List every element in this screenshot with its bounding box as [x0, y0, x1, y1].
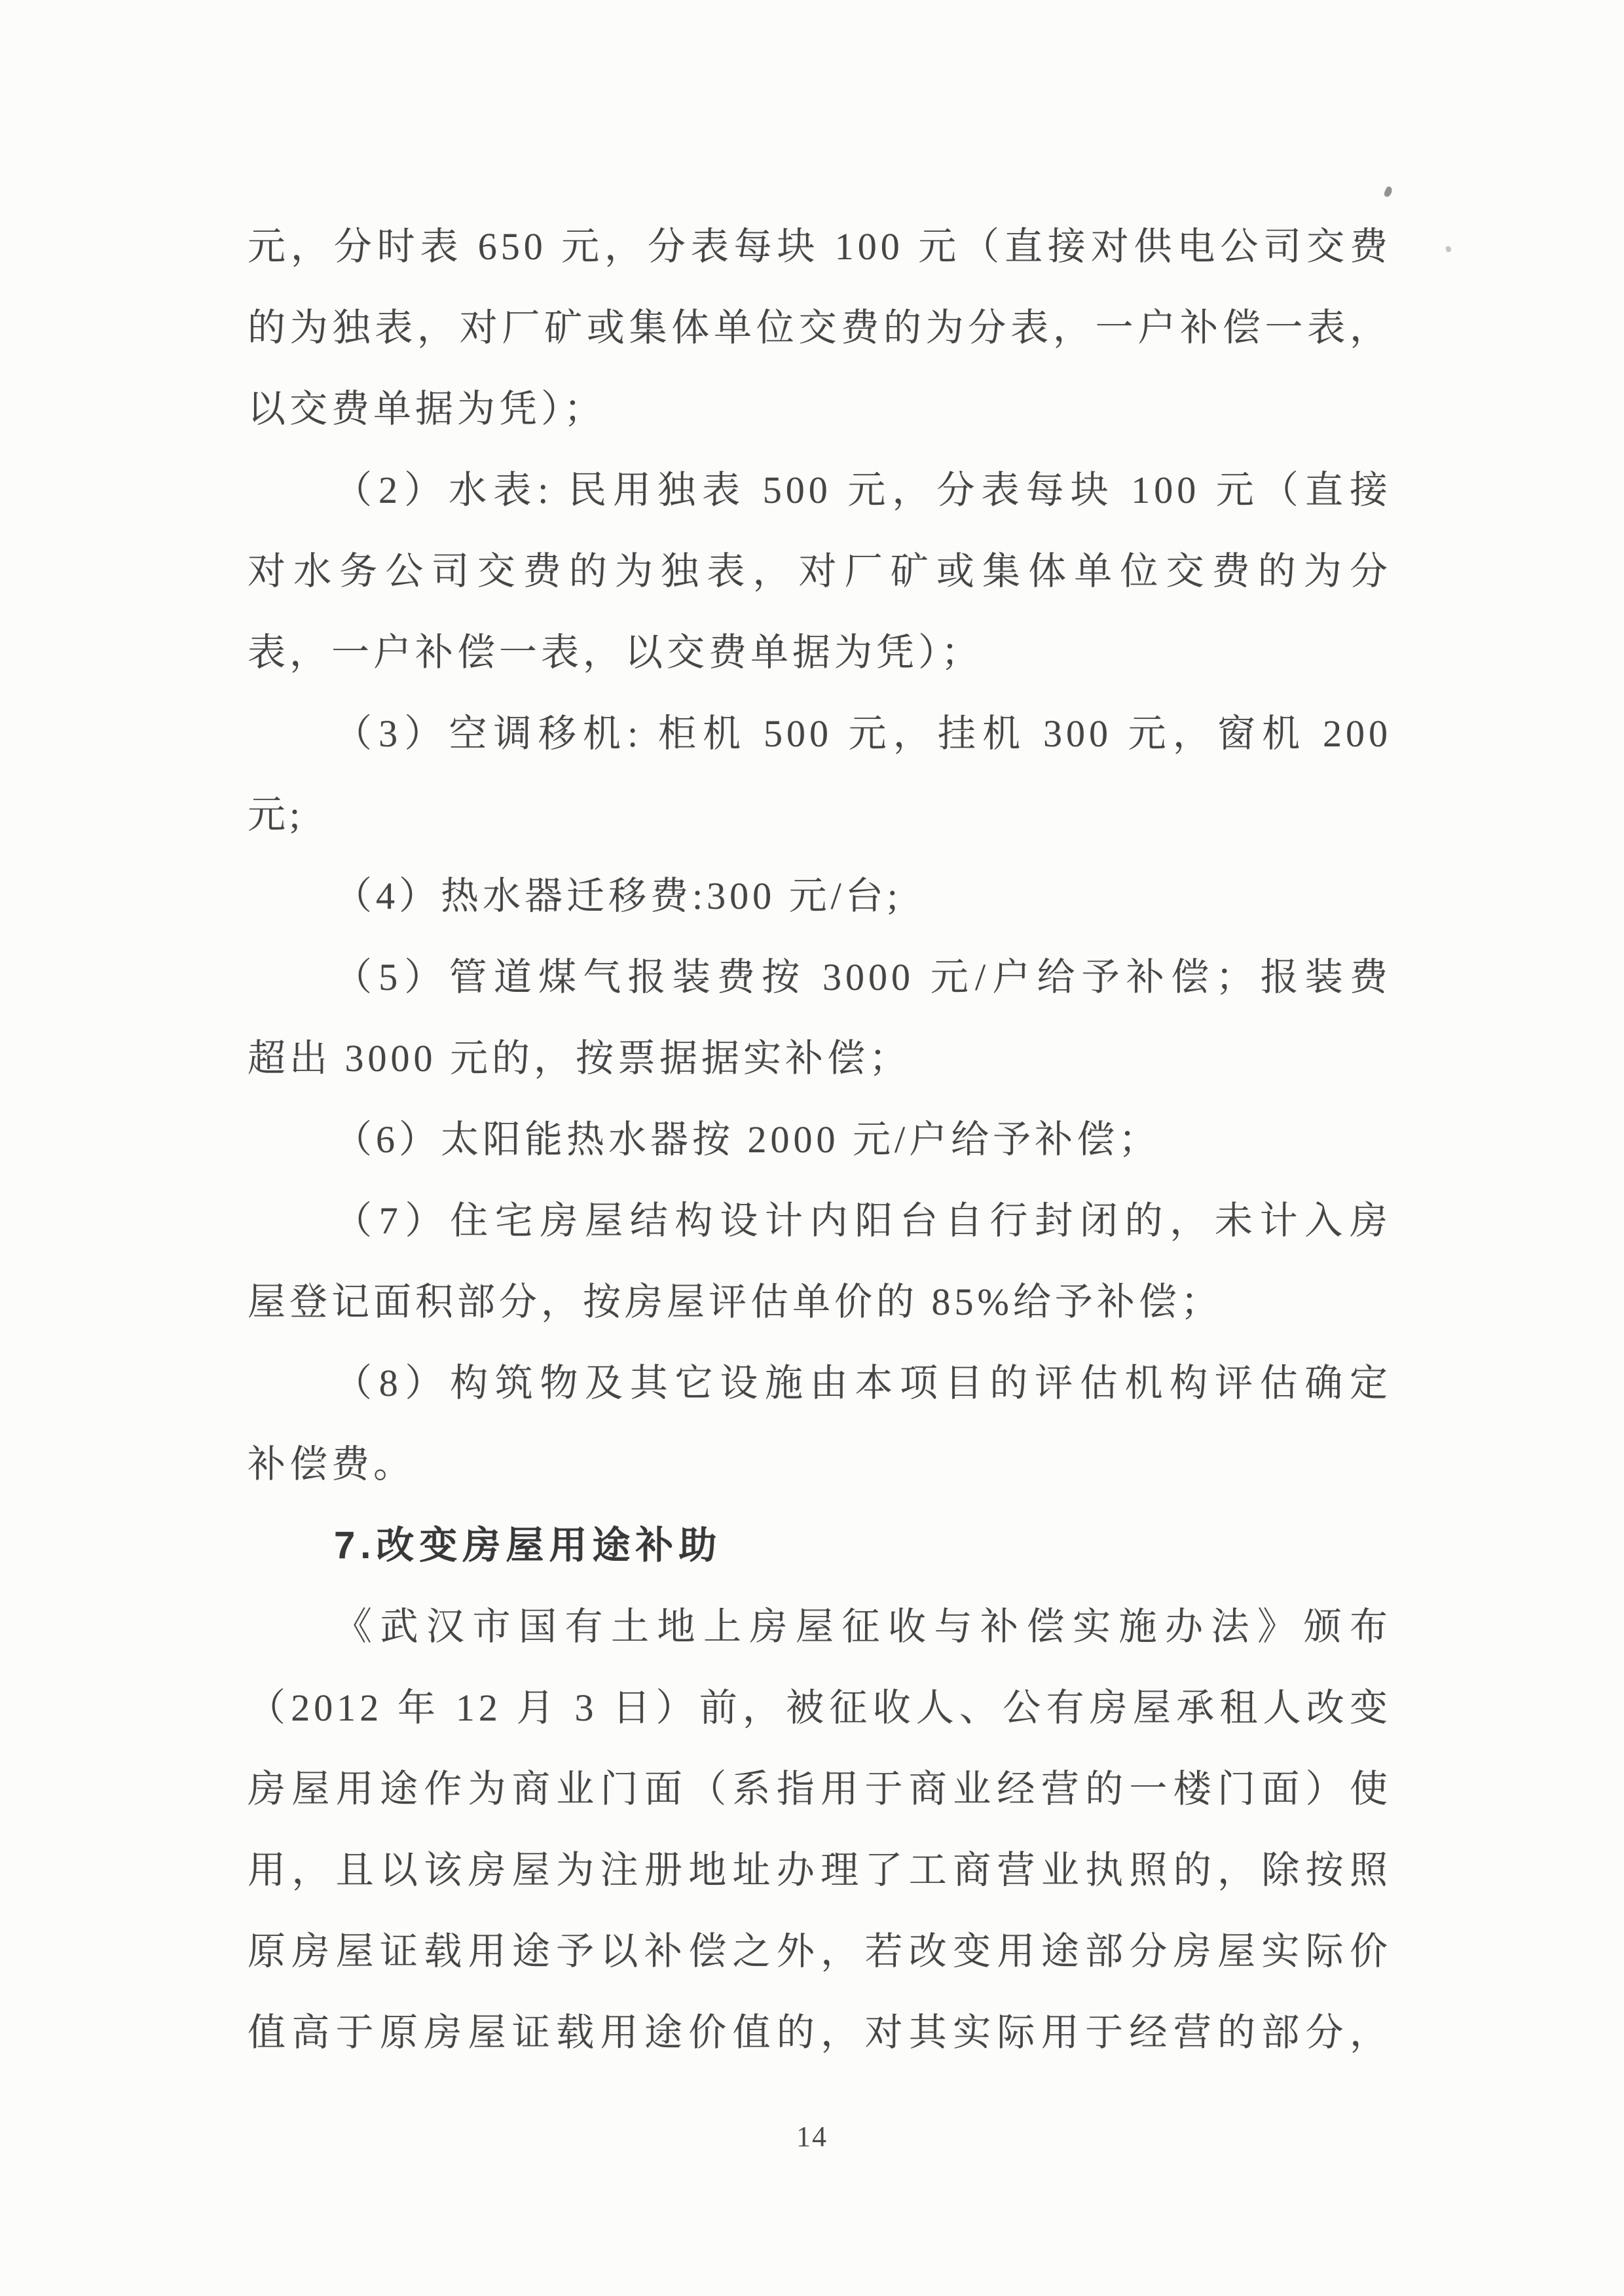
body-line: 对水务公司交费的为独表，对厂矿或集体单位交费的为分 [248, 531, 1392, 612]
text-block: 元，分时表 650 元，分表每块 100 元（直接对供电公司交费 的为独表，对厂… [248, 206, 1392, 2073]
body-line: （5）管道煤气报装费按 3000 元/户给予补偿；报装费 [248, 937, 1392, 1018]
body-line: （8）构筑物及其它设施由本项目的评估机构评估确定 [248, 1343, 1392, 1424]
body-line: 元，分时表 650 元，分表每块 100 元（直接对供电公司交费 [248, 206, 1392, 287]
body-line: 以交费单据为凭）； [248, 369, 1392, 450]
body-line: 超出 3000 元的，按票据据实补偿； [248, 1018, 1392, 1099]
body-line: （3）空调移机: 柜机 500 元，挂机 300 元，窗机 200 [248, 693, 1392, 774]
body-line: 原房屋证载用途予以补偿之外，若改变用途部分房屋实际价 [248, 1911, 1392, 1992]
body-line: （6）太阳能热水器按 2000 元/户给予补偿； [248, 1099, 1392, 1180]
body-line: （2）水表: 民用独表 500 元，分表每块 100 元（直接 [248, 450, 1392, 531]
body-line: 表，一户补偿一表，以交费单据为凭）； [248, 612, 1392, 693]
body-line: 补偿费。 [248, 1424, 1392, 1505]
body-line: 元; [248, 774, 1392, 856]
document-page: { "page": { "number": "14" }, "colors": … [0, 0, 1624, 2296]
section-heading: 7.改变房屋用途补助 [248, 1505, 1392, 1586]
body-line: 值高于原房屋证载用途价值的，对其实际用于经营的部分， [248, 1992, 1392, 2073]
body-line: （7）住宅房屋结构设计内阳台自行封闭的，未计入房 [248, 1180, 1392, 1262]
scanned-page: 元，分时表 650 元，分表每块 100 元（直接对供电公司交费 的为独表，对厂… [0, 0, 1624, 2296]
body-line: （2012 年 12 月 3 日）前，被征收人、公有房屋承租人改变 [248, 1667, 1392, 1749]
scan-speck-2 [1445, 246, 1452, 252]
body-line: 房屋用途作为商业门面（系指用于商业经营的一楼门面）使 [248, 1749, 1392, 1830]
body-line: 屋登记面积部分，按房屋评估单价的 85%给予补偿； [248, 1262, 1392, 1343]
body-line: 用，且以该房屋为注册地址办理了工商营业执照的，除按照 [248, 1830, 1392, 1911]
body-line: （4）热水器迁移费:300 元/台; [248, 856, 1392, 937]
body-line: 的为独表，对厂矿或集体单位交费的为分表，一户补偿一表， [248, 287, 1392, 369]
scan-speck-1 [1383, 186, 1393, 198]
page-number: 14 [0, 2120, 1624, 2153]
body-line: 《武汉市国有土地上房屋征收与补偿实施办法》颁布 [248, 1586, 1392, 1667]
